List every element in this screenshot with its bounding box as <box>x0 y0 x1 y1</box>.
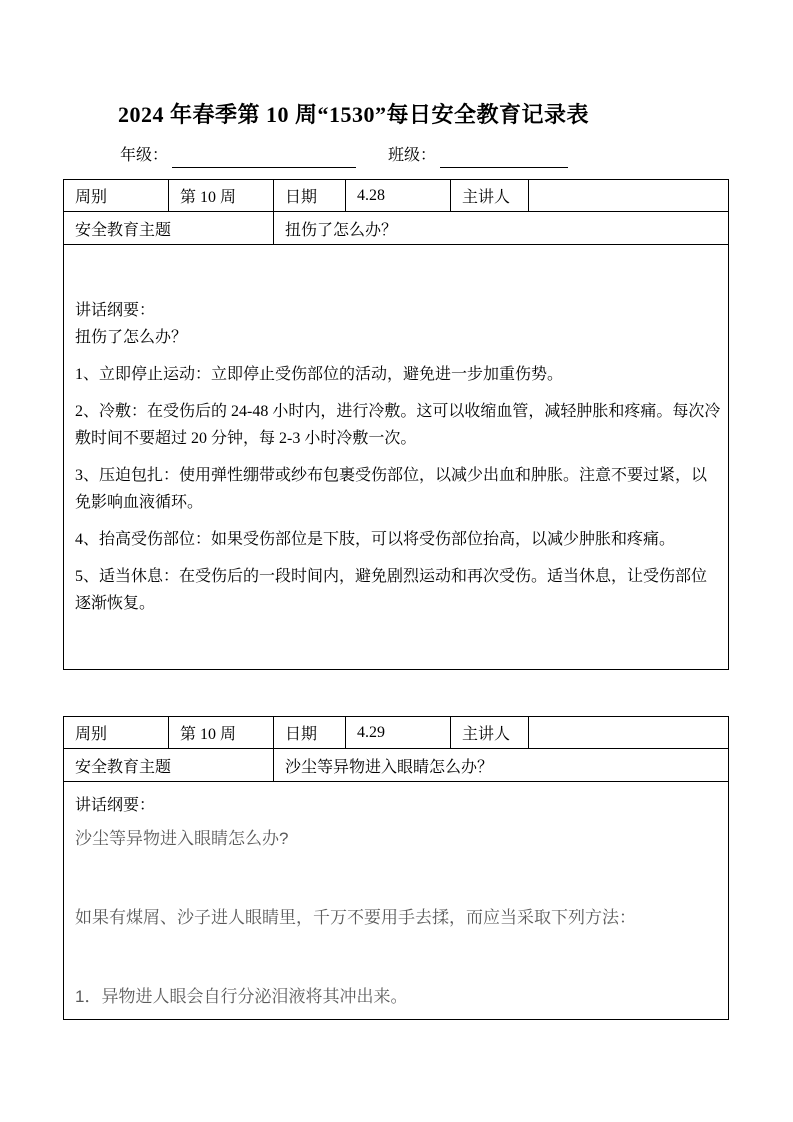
outline-point: 3、压迫包扎：使用弹性绷带或纱布包裹受伤部位，以减少出血和肿胀。注意不要过紧，以… <box>75 462 722 516</box>
outline-body-cell: 讲话纲要： 扭伤了怎么办？ 1、立即停止运动：立即停止受伤部位的活动，避免进一步… <box>64 245 729 670</box>
date-value-cell: 4.28 <box>346 180 451 212</box>
topic-value-cell: 扭伤了怎么办？ <box>274 212 729 245</box>
week-label-cell: 周别 <box>64 717 169 749</box>
grade-label: 年级： <box>120 147 168 164</box>
outline-point: 1、立即停止运动：立即停止受伤部位的活动，避免进一步加重伤势。 <box>75 361 722 388</box>
outline-point: 如果有煤屑、沙子进人眼睛里，千万不要用手去揉，而应当采取下列方法： <box>75 904 722 931</box>
table1-outline-row: 讲话纲要： 扭伤了怎么办？ 1、立即停止运动：立即停止受伤部位的活动，避免进一步… <box>64 245 729 670</box>
topic-value-cell: 沙尘等异物进入眼睛怎么办？ <box>274 749 729 782</box>
outline-label: 讲话纲要： <box>75 297 722 324</box>
week-label-cell: 周别 <box>64 180 169 212</box>
table2-topic-row: 安全教育主题 沙尘等异物进入眼睛怎么办？ <box>64 749 729 782</box>
date-value-cell: 4.29 <box>346 717 451 749</box>
week-value-cell: 第 10 周 <box>169 717 274 749</box>
date-label-cell: 日期 <box>274 180 346 212</box>
document-title: 2024 年春季第 10 周“1530”每日安全教育记录表 <box>118 101 793 128</box>
outline-label: 讲话纲要： <box>75 792 722 819</box>
week-value-cell: 第 10 周 <box>169 180 274 212</box>
grade-blank-field <box>172 148 356 168</box>
speaker-label-cell: 主讲人 <box>451 717 529 749</box>
speaker-label-cell: 主讲人 <box>451 180 529 212</box>
outline-point: 5、适当休息：在受伤后的一段时间内，避免剧烈运动和再次受伤。适当休息，让受伤部位… <box>75 563 722 617</box>
outline-body-cell: 讲话纲要： 沙尘等异物进入眼睛怎么办? 如果有煤屑、沙子进人眼睛里，千万不要用手… <box>64 782 729 1020</box>
safety-record-table-2: 周别 第 10 周 日期 4.29 主讲人 安全教育主题 沙尘等异物进入眼睛怎么… <box>63 716 729 1020</box>
topic-label-cell: 安全教育主题 <box>64 749 274 782</box>
table2-header-row: 周别 第 10 周 日期 4.29 主讲人 <box>64 717 729 749</box>
class-label: 班级： <box>388 147 436 164</box>
date-label-cell: 日期 <box>274 717 346 749</box>
outline-point: 4、抬高受伤部位：如果受伤部位是下肢，可以将受伤部位抬高，以减少肿胀和疼痛。 <box>75 526 722 553</box>
outline-point: 1．异物进人眼会自行分泌泪液将其冲出来。 <box>75 983 722 1010</box>
speaker-value-cell <box>529 717 729 749</box>
speaker-value-cell <box>529 180 729 212</box>
table2-outline-row: 讲话纲要： 沙尘等异物进入眼睛怎么办? 如果有煤屑、沙子进人眼睛里，千万不要用手… <box>64 782 729 1020</box>
grade-class-line: 年级： 班级： <box>120 144 793 168</box>
table1-header-row: 周别 第 10 周 日期 4.28 主讲人 <box>64 180 729 212</box>
topic-label-cell: 安全教育主题 <box>64 212 274 245</box>
class-blank-field <box>440 148 568 168</box>
outline-heading: 扭伤了怎么办？ <box>75 324 722 351</box>
table1-topic-row: 安全教育主题 扭伤了怎么办？ <box>64 212 729 245</box>
document-page: 2024 年春季第 10 周“1530”每日安全教育记录表 年级： 班级： 周别… <box>0 0 793 1122</box>
outline-heading: 沙尘等异物进入眼睛怎么办? <box>75 825 722 852</box>
safety-record-table-1: 周别 第 10 周 日期 4.28 主讲人 安全教育主题 扭伤了怎么办？ 讲话纲… <box>63 179 729 670</box>
outline-point: 2、冷敷：在受伤后的 24-48 小时内，进行冷敷。这可以收缩血管，减轻肿胀和疼… <box>75 398 722 452</box>
